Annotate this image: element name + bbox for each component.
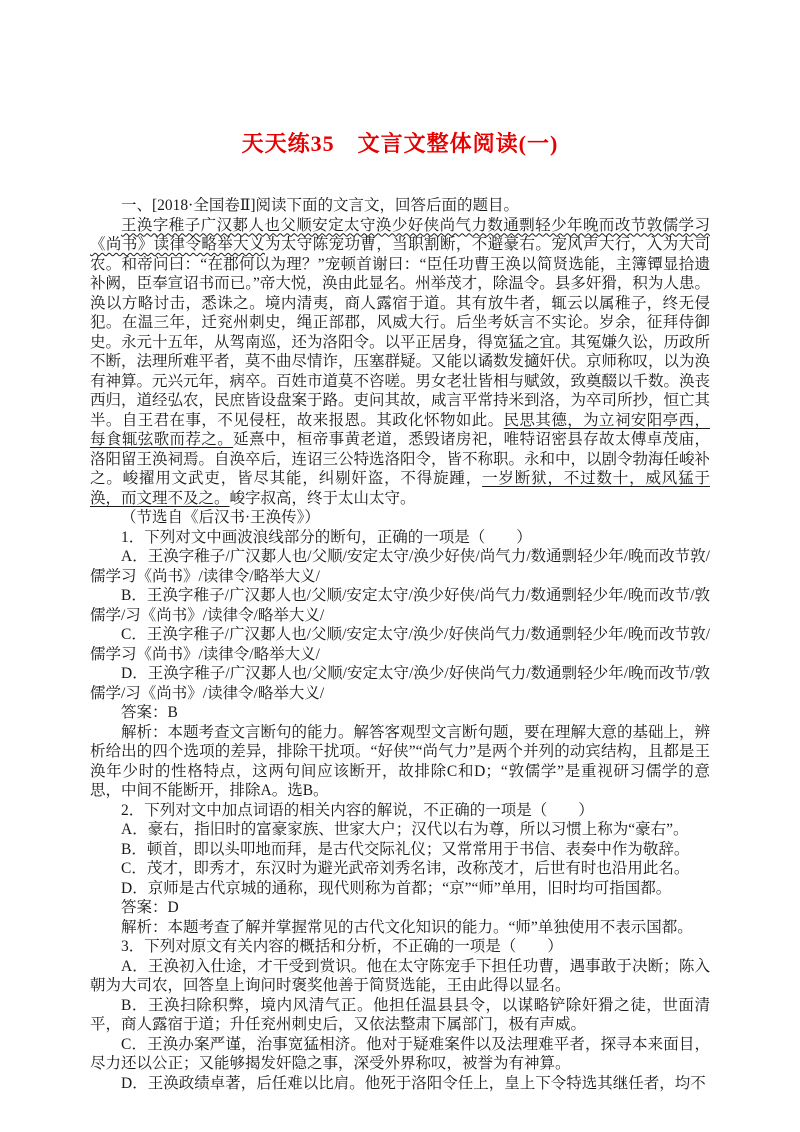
question-2-stem: 2．下列对文中加点词语的相关内容的解说，不正确的一项是（ ）	[90, 801, 710, 821]
passage-segment-3: 峻字叔高，终于太山太守。	[230, 490, 416, 507]
question-3-stem: 3．下列对原文有关内容的概括和分析，不正确的一项是（ ）	[90, 937, 710, 957]
question-1-analysis: 解析：本题考查文言断句的能力。解答客观型文言断句题，要在理解大意的基础上，辨析给…	[90, 723, 710, 801]
passage-source: （节选自《后汉书·王涣传》）	[90, 508, 710, 528]
question-1-option-c: C．王涣字稚子/广汉郪人也/父顺/安定太守/涣少/好侠尚气力/数通剽轻少年/晚而…	[90, 625, 710, 664]
question-1-option-d: D．王涣字稚子/广汉郪人也/父顺/安定太守/涣少/好侠尚气力/数通剽轻少年/晚而…	[90, 664, 710, 703]
page-title: 天天练35 文言文整体阅读(一)	[90, 131, 710, 156]
section-intro: 一、[2018·全国卷Ⅱ]阅读下面的文言文，回答后面的题目。	[90, 196, 710, 216]
question-1-option-b: B．王涣字稚子/广汉郪人也/父顺/安定太守/涣少好侠/尚气力/数通剽轻少年/晚而…	[90, 586, 710, 625]
question-3-option-b: B．王涣扫除积弊，境内风清气正。他担任温县县令，以谋略铲除奸猾之徒，世面清平，商…	[90, 996, 710, 1035]
document-body: 一、[2018·全国卷Ⅱ]阅读下面的文言文，回答后面的题目。 王涣字稚子广汉郪人…	[90, 196, 710, 1093]
document-page: 天天练35 文言文整体阅读(一) 一、[2018·全国卷Ⅱ]阅读下面的文言文，回…	[0, 0, 800, 1132]
question-3-option-a: A．王涣初入仕途，才干受到赏识。他在太守陈宠手下担任功曹，遇事敢于决断；陈入朝为…	[90, 957, 710, 996]
passage: 王涣字稚子广汉郪人也父顺安定太守涣少好侠尚气力数通剽轻少年晚而改节敦儒学习《尚书…	[90, 216, 710, 509]
passage-segment-1: 为太守陈宠功曹，当职割断，不避豪右。宠风声大行，入为大司农。和帝问曰：“在郡何以…	[90, 236, 710, 429]
question-3-option-d: D．王涣政绩卓著，后任难以比肩。他死于洛阳令任上，皇上下令特选其继任者，均不	[90, 1074, 710, 1094]
question-2-option-a: A．豪右，指旧时的富豪家族、世家大户；汉代以右为尊，所以习惯上称为“豪右”。	[90, 820, 710, 840]
question-2-option-d: D．京师是古代京城的通称，现代则称为首都；“京”“师”单用，旧时均可指国都。	[90, 879, 710, 899]
question-1-stem: 1．下列对文中画波浪线部分的断句，正确的一项是（ ）	[90, 528, 710, 548]
question-2-answer: 答案：D	[90, 898, 710, 918]
question-1-answer: 答案：B	[90, 703, 710, 723]
question-2-analysis: 解析：本题考查了解并掌握常见的古代文化知识的能力。“师”单独使用不表示国都。	[90, 918, 710, 938]
question-3-option-c: C．王涣办案严谨，治事宽猛相济。他对于疑难案件以及法理难平者，探寻本来面目，尽力…	[90, 1035, 710, 1074]
question-2-option-c: C．茂才，即秀才，东汉时为避光武帝刘秀名讳，改称茂才，后世有时也沿用此名。	[90, 859, 710, 879]
question-1-option-a: A．王涣字稚子/广汉郪人也/父顺/安定太守/涣少好侠/尚气力/数通剽轻少年/晚而…	[90, 547, 710, 586]
question-2-option-b: B．顿首，即以头叩地而拜，是古代交际礼仪；又常常用于书信、表奏中作为敬辞。	[90, 840, 710, 860]
